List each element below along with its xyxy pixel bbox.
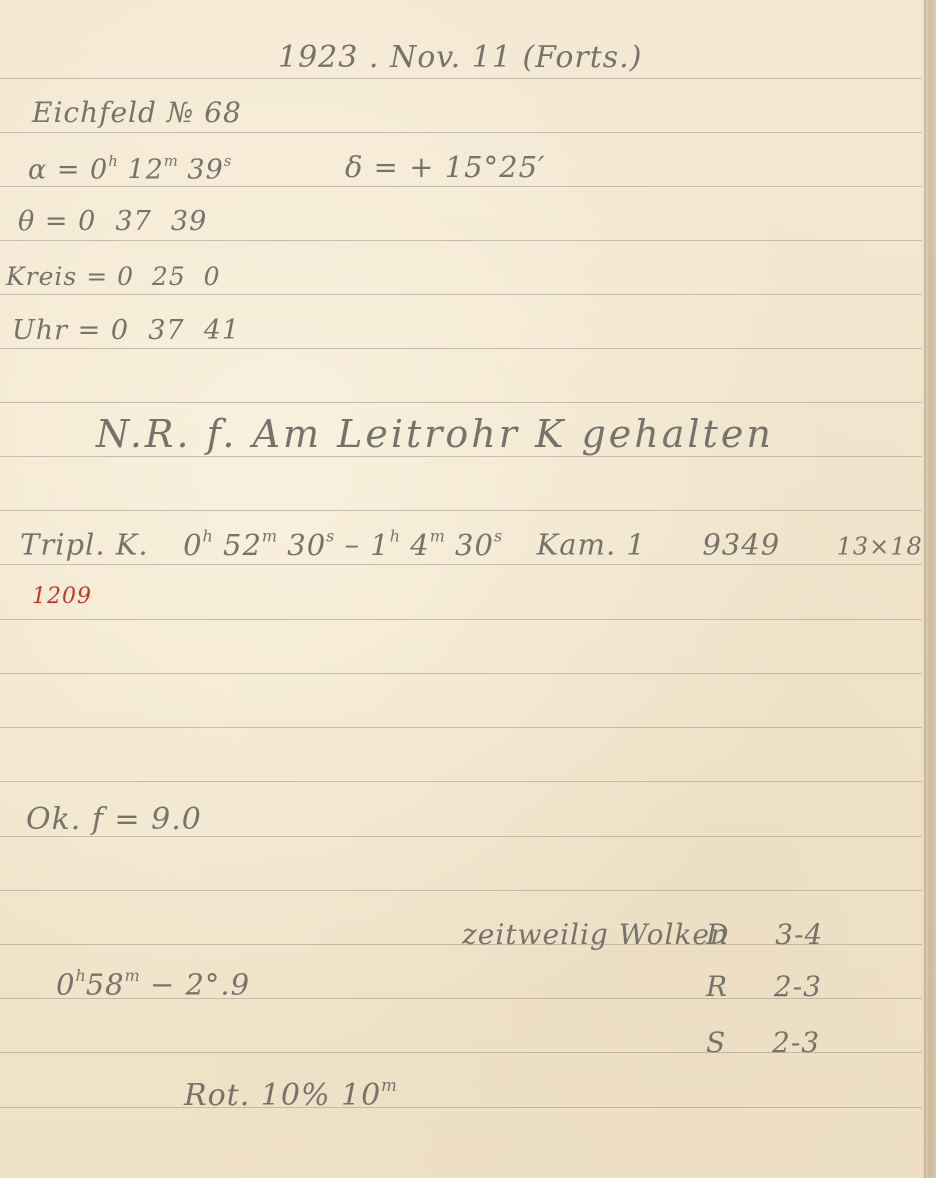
ruled-line (0, 240, 922, 241)
weather-row: S 2-3 (706, 1026, 820, 1059)
archive-number-red: 1209 (32, 584, 92, 609)
ruled-line (0, 673, 922, 674)
exposure-line: Tripl. K. 0h 52m 30s – 1h 4m 30s Kam. 1 … (20, 526, 923, 562)
weather-symbol: R (706, 970, 728, 1003)
date-heading: 1923 . Nov. 11 (Forts.) (278, 40, 642, 75)
temperature-reading: 0h58m − 2°.9 (56, 966, 250, 1002)
ocular-focus: Ok. f = 9.0 (26, 802, 202, 837)
alpha-minutes-unit: m (164, 152, 178, 170)
ruled-line (0, 186, 922, 187)
weather-value: 2-3 (774, 970, 822, 1003)
ruled-line (0, 510, 922, 511)
temperature-value: − 2°.9 (150, 968, 250, 1002)
plate-number: 9349 (702, 528, 780, 562)
notebook-page: 1923 . Nov. 11 (Forts.) Eichfeld № 68 α … (0, 0, 936, 1178)
binding-shadow (922, 0, 936, 1178)
uhr-label: Uhr = (12, 315, 101, 346)
exposure-label: Tripl. K. (20, 528, 149, 562)
ruled-line (0, 564, 922, 565)
weather-symbol: D (706, 918, 729, 951)
guiding-note: N.R. f. Am Leitrohr K gehalten (96, 412, 774, 456)
ruled-line (0, 890, 922, 891)
theta-value: 0 37 39 (78, 206, 207, 237)
rotation-note: Rot. 10% 10m (184, 1076, 397, 1113)
declination: δ = + 15°25′ (345, 150, 546, 184)
weather-value: 2-3 (772, 1026, 820, 1059)
ruled-line (0, 456, 922, 457)
alpha-seconds-unit: s (224, 152, 232, 170)
ruled-line (0, 402, 922, 403)
alpha-hours: 0 (90, 155, 108, 186)
alpha-label: α = (28, 155, 80, 186)
kreis-label: Kreis = (6, 262, 108, 291)
camera-label: Kam. 1 (537, 528, 646, 562)
ruled-line (0, 132, 922, 133)
clock-reading: Uhr = 0 37 41 (12, 315, 240, 346)
theta-label: θ = (18, 206, 68, 237)
weather-note: zeitweilig Wolken (462, 918, 729, 951)
alpha-hours-unit: h (108, 152, 118, 170)
weather-value: 3-4 (775, 918, 823, 951)
ruled-line (0, 294, 922, 295)
uhr-value: 0 37 41 (111, 315, 240, 346)
ruled-line (0, 727, 922, 728)
kreis-value: 0 25 0 (117, 262, 220, 291)
circle-reading: Kreis = 0 25 0 (6, 262, 221, 291)
ruled-line (0, 1107, 922, 1108)
ruled-line (0, 348, 922, 349)
sidereal-time: θ = 0 37 39 (18, 206, 207, 237)
right-ascension: α = 0h 12m 39s (28, 152, 231, 186)
plate-size: 13×18 (837, 533, 923, 561)
exposure-start: 0h 52m 30s (183, 528, 345, 562)
weather-row: R 2-3 (706, 970, 822, 1003)
alpha-minutes: 12 (127, 155, 163, 186)
ruled-line (0, 619, 922, 620)
ruled-line (0, 78, 922, 79)
ruled-line (0, 781, 922, 782)
alpha-seconds: 39 (187, 155, 223, 186)
weather-symbol: S (706, 1026, 726, 1059)
field-title: Eichfeld № 68 (32, 96, 242, 129)
exposure-end: 1h 4m 30s (370, 528, 512, 562)
weather-row: D 3-4 (706, 918, 823, 951)
